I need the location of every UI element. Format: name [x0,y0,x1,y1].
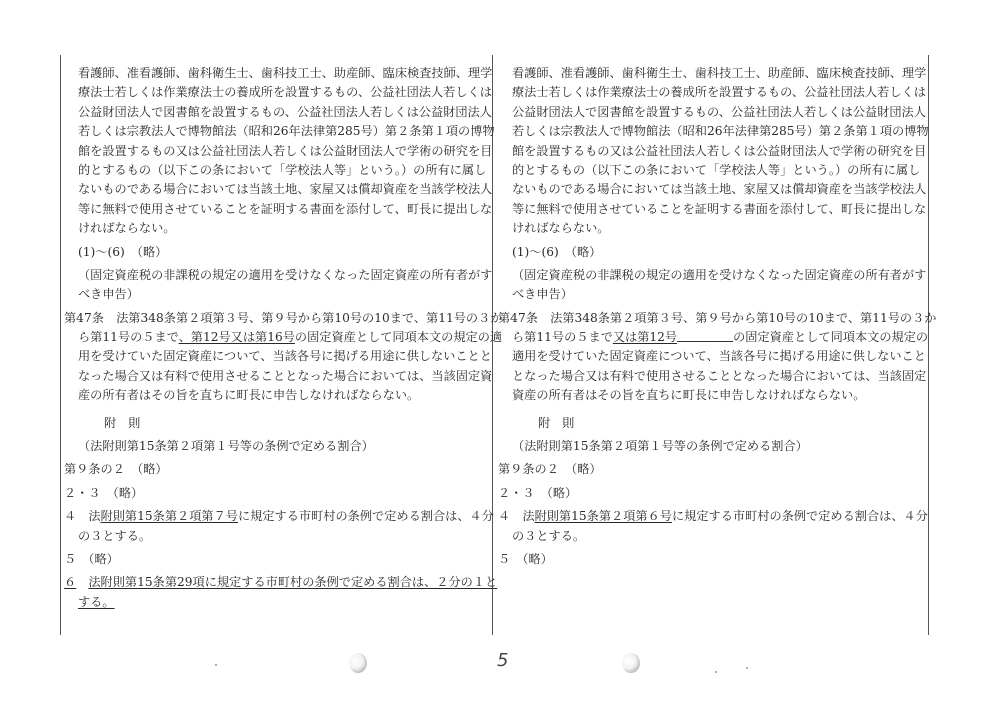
article-47-line2: ら第11号の５まで又は第12号の固定資産として同項本文の規定の [512,328,922,347]
intro-line: 看護師、准看護師、歯科衛生士、歯科技工士、助産師、臨床検査技師、理学 [512,64,922,83]
items-2-3: ２・３ （略） [64,484,488,503]
scan-speck [715,671,717,673]
text: 法 [88,509,100,523]
right-column-current: 看護師、准看護師、歯科衛生士、歯科技工士、助産師、臨床検査技師、理学 療法士若し… [512,64,922,569]
items-omitted: (1)～(6) （略） [78,243,488,262]
supplementary-title: 附則 [78,414,488,433]
article-heading: （固定資産税の非課税の規定の適用を受けなくなった固定資産の所有者がす [78,266,488,285]
article-47-line1: 第47条 法第348条第２項第３号、第９号から第10号の10まで、第11号の３か [498,309,922,328]
article-9-2: 第９条の２ （略） [498,460,922,479]
intro-line: ければならない。 [512,219,922,238]
center-divider-line [492,55,493,635]
amended-text: 法附則第15条第29項に規定する市町村の条例で定める割合は、２分の１と [88,575,497,589]
intro-line: 若しくは宗教法人で博物館法（昭和26年法律第285号）第２条第１項の博物 [78,122,488,141]
intro-line: 的とするもの（以下この条において「学校法人等」という。）の所有に属し [78,161,488,180]
intro-line: 公益財団法人で図書館を設置するもの、公益社団法人若しくは公益財団法人 [78,103,488,122]
left-border-line [60,55,61,635]
article-heading: （固定資産税の非課税の規定の適用を受けなくなった固定資産の所有者がす [512,266,922,285]
supplementary-heading: （法附則第15条第２項第１号等の条例で定める割合） [512,437,922,456]
intro-line: 看護師、准看護師、歯科衛生士、歯科技工士、助産師、臨床検査技師、理学 [78,64,488,83]
intro-line: 療法士若しくは作業療法士の養成所を設置するもの、公益社団法人若しくは [78,83,488,102]
right-border-line [928,55,929,635]
article-heading-cont: べき申告） [512,285,922,304]
article-47-line: なった場合又は有料で使用させることとなった場合においては、当該固定資 [78,367,488,386]
intro-line: 的とするもの（以下この条において「学校法人等」という。）の所有に属し [512,161,922,180]
underline-blank [677,329,733,342]
items-omitted: (1)～(6) （略） [512,243,922,262]
article-47-line: 資産の所有者はその旨を直ちに町長に申告しなければならない。 [512,386,922,405]
item-4-cont: の３とする。 [512,527,922,546]
item-6-cont: する。 [78,593,488,612]
supplementary-title: 附則 [512,414,922,433]
intro-line: 等に無料で使用させていることを証明する書面を添付して、町長に提出しな [512,200,922,219]
intro-line: 等に無料で使用させていることを証明する書面を添付して、町長に提出しな [78,200,488,219]
article-9-2: 第９条の２ （略） [64,460,488,479]
item-4-cont: の３とする。 [78,527,488,546]
article-47-line: となった場合又は有料で使用させることとなった場合においては、当該固定 [512,367,922,386]
intro-line: 療法士若しくは作業療法士の養成所を設置するもの、公益社団法人若しくは [512,83,922,102]
punch-hole-right [622,653,640,673]
text: ら第11号の５まで [78,330,179,344]
text: に規定する市町村の条例で定める割合は、４分 [238,509,494,523]
supplementary-heading: （法附則第15条第２項第１号等の条例で定める割合） [78,437,488,456]
text: の固定資産として同項本文の規定の [733,330,928,344]
scan-speck [746,667,748,669]
page-number: 5 [497,650,508,671]
article-heading-cont: べき申告） [78,285,488,304]
scan-speck [215,664,217,666]
amended-text: 、第12号又は第16号 [179,330,295,344]
item-5: ５ （略） [64,550,488,569]
intro-line: ないものである場合においては当該土地、家屋又は償却資産を当該学校法人 [512,180,922,199]
item-4: ４ 法附則第15条第２項第７号に規定する市町村の条例で定める割合は、４分 [64,507,488,526]
item-6: ６ 法附則第15条第29項に規定する市町村の条例で定める割合は、２分の１と [64,573,488,592]
amended-text: 附則第15条第２項第７号 [101,509,238,523]
intro-line: 館を設置するもの又は公益社団法人若しくは公益財団法人で学術の研究を目 [78,142,488,161]
text: の固定資産として同項本文の規定の適 [295,330,502,344]
item-number: ４ [64,509,88,523]
item-number: ６ [64,575,76,589]
intro-line: ないものである場合においては当該土地、家屋又は償却資産を当該学校法人 [78,180,488,199]
text: に規定する市町村の条例で定める割合は、４分 [672,509,928,523]
item-4: ４ 法附則第15条第２項第６号に規定する市町村の条例で定める割合は、４分 [498,507,922,526]
items-2-3: ２・３ （略） [498,484,922,503]
text: ら第11号の５まで [512,330,613,344]
current-text: 又は第12号 [613,330,677,344]
text: 法 [522,509,534,523]
item-number: ４ [498,509,522,523]
intro-line: 公益財団法人で図書館を設置するもの、公益社団法人若しくは公益財団法人 [512,103,922,122]
article-47-line: 用を受けていた固定資産について、当該各号に掲げる用途に供しないことと [78,347,488,366]
article-47-line1: 第47条 法第348条第２項第３号、第９号から第10号の10まで、第11号の３か [64,309,488,328]
article-47-line: 適用を受けていた固定資産について、当該各号に掲げる用途に供しないこと [512,347,922,366]
amended-text: する。 [78,595,115,609]
article-47-line: 産の所有者はその旨を直ちに町長に申告しなければならない。 [78,386,488,405]
punch-hole-left [349,653,367,673]
intro-line: 若しくは宗教法人で博物館法（昭和26年法律第285号）第２条第１項の博物 [512,122,922,141]
article-47-line2: ら第11号の５まで、第12号又は第16号の固定資産として同項本文の規定の適 [78,328,488,347]
current-text: 附則第15条第２項第６号 [535,509,672,523]
intro-line: ければならない。 [78,219,488,238]
item-5: ５ （略） [498,550,922,569]
left-column-amended: 看護師、准看護師、歯科衛生士、歯科技工士、助産師、臨床検査技師、理学 療法士若し… [78,64,488,612]
intro-line: 館を設置するもの又は公益社団法人若しくは公益財団法人で学術の研究を目 [512,142,922,161]
